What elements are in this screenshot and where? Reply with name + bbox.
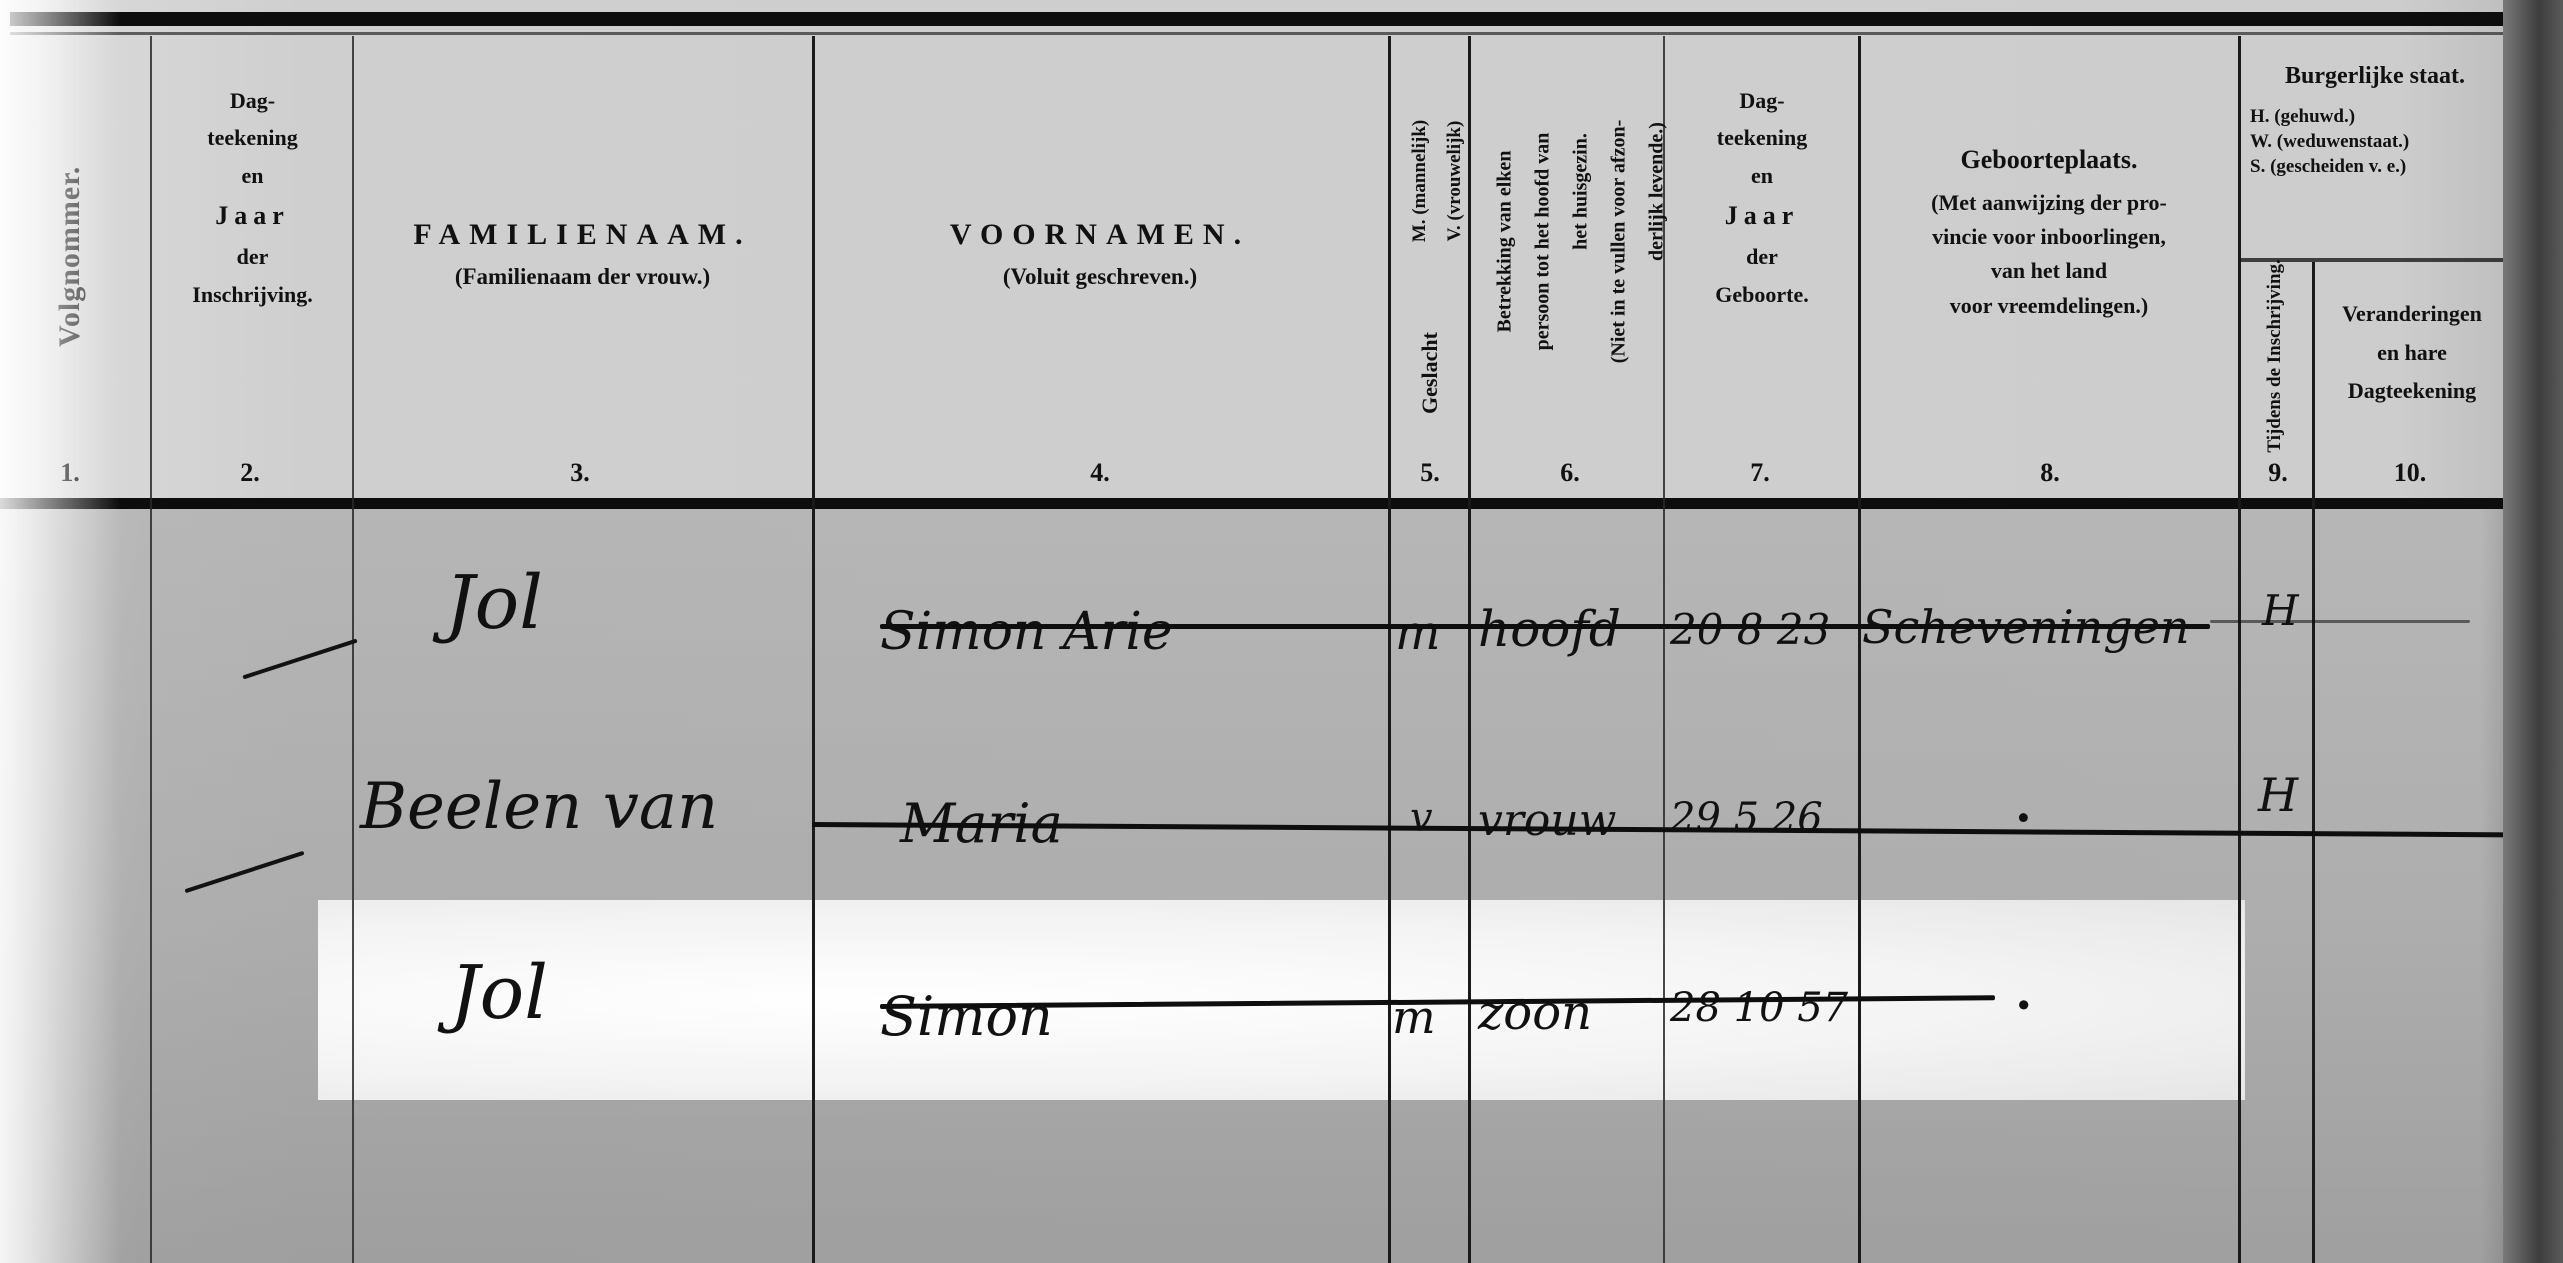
col-divider-2	[352, 36, 354, 1263]
burgerlijke-staat-title: Burgerlijke staat.	[2242, 58, 2508, 95]
col-divider-7	[1858, 36, 1861, 1263]
col4-header: VOORNAMEN. (Voluit geschreven.)	[815, 212, 1385, 294]
row-2-geboorteplaats: ·	[2015, 790, 2032, 846]
left-vignette	[0, 0, 120, 1263]
row-3-familienaam: Jol	[450, 950, 548, 1036]
top-rule	[10, 12, 2510, 26]
col3-header: FAMILIENAAM. (Familienaam der vrouw.)	[355, 212, 810, 294]
row-3-betrekking: zoon	[1478, 985, 1592, 1041]
col7-line: Dag-	[1668, 82, 1856, 119]
col2-line: Inschrijving.	[155, 276, 350, 313]
col3-subtitle: (Familienaam der vrouw.)	[355, 259, 810, 295]
col10-number: 10.	[2370, 458, 2450, 488]
col7-line: der	[1668, 238, 1856, 275]
col6-number: 6.	[1530, 458, 1610, 488]
row-1-strikethrough-faint	[2210, 620, 2470, 623]
header-bottom-rule	[0, 498, 2510, 509]
col3-title: FAMILIENAAM.	[355, 212, 810, 259]
col8-number: 8.	[2000, 458, 2100, 488]
col6-line-3: het huisgezin.	[1570, 27, 1593, 357]
col-divider-9	[2312, 262, 2315, 1263]
top-rule-thin	[10, 32, 2510, 35]
col8-line: van het land	[1862, 254, 2236, 288]
col2-line: Dag-	[155, 82, 350, 119]
row-3-voornamen: Simon	[880, 985, 1053, 1048]
row-1-burgerlijke-staat: H	[2262, 586, 2299, 635]
col6-line-5: derlijk levende.)	[1646, 27, 1669, 357]
col4-subtitle: (Voluit geschreven.)	[815, 259, 1385, 295]
col10-line: Veranderingen	[2316, 295, 2508, 334]
row-3-geboorteplaats: ·	[2015, 975, 2032, 1034]
col5-number: 5.	[1400, 458, 1460, 488]
row-2-geslacht: v	[1410, 795, 1433, 841]
col3-number: 3.	[530, 458, 630, 488]
row-3-geboortedatum: 28 10 57	[1670, 985, 1848, 1031]
col9-number: 9.	[2248, 458, 2308, 488]
row-2-geboortedatum: 29 5 26	[1670, 795, 1823, 841]
col7-header: Dag- teekening en Jaar der Geboorte.	[1668, 82, 1856, 313]
page-binding-edge	[2503, 0, 2563, 1263]
row-2-familienaam: Beelen van	[360, 770, 718, 844]
row-1-geslacht: m	[1395, 605, 1441, 661]
col7-number: 7.	[1720, 458, 1800, 488]
register-page: Volgnommer. 1. Dag- teekening en Jaar de…	[0, 0, 2563, 1263]
col5-geslacht: Geslacht	[1417, 308, 1443, 438]
col2-line: en	[155, 157, 350, 194]
col8-header: Geboorteplaats. (Met aanwijzing der pro-…	[1862, 140, 2236, 323]
col8-line: voor vreemdelingen.)	[1862, 289, 2236, 323]
col-divider-1	[150, 36, 152, 1263]
row-2-betrekking: vrouw	[1478, 795, 1616, 846]
col-divider-5	[1468, 36, 1471, 1263]
row-2-burgerlijke-staat: H	[2258, 768, 2298, 822]
col8-title: Geboorteplaats.	[1862, 140, 2236, 180]
col2-line: Jaar	[155, 194, 350, 238]
legend-h: H. (gehuwd.)	[2250, 105, 2508, 130]
col10-line: Dagteekening	[2316, 372, 2508, 411]
col-divider-8	[2238, 36, 2241, 1263]
col10-line: en hare	[2316, 334, 2508, 373]
row-3-geslacht: m	[1392, 990, 1436, 1044]
col6-line-4: (Niet in te vullen voor afzon-	[1608, 77, 1631, 407]
col2-header: Dag- teekening en Jaar der Inschrijving.	[155, 82, 350, 313]
col7-line: Geboorte.	[1668, 276, 1856, 313]
col9-label: Tijdens de Inschrijving.	[2264, 246, 2286, 466]
col6-line-2: persoon tot het hoofd van	[1532, 77, 1555, 407]
row-1-familienaam: Jol	[445, 560, 543, 646]
burgerlijke-staat-header: Burgerlijke staat. H. (gehuwd.) W. (wedu…	[2242, 58, 2508, 179]
col8-line: vincie voor inboorlingen,	[1862, 220, 2236, 254]
row-1-strikethrough	[880, 624, 2210, 629]
col5-m-option: M. (mannelijk)	[1409, 66, 1431, 296]
col8-line: (Met aanwijzing der pro-	[1862, 186, 2236, 220]
col4-number: 4.	[1050, 458, 1150, 488]
col2-line: teekening	[155, 119, 350, 156]
col2-line: der	[155, 238, 350, 275]
col7-line: teekening	[1668, 119, 1856, 156]
col6-line-1: Betrekking van elken	[1494, 77, 1517, 407]
legend-s: S. (gescheiden v. e.)	[2250, 155, 2508, 180]
col-divider-4	[1388, 36, 1391, 1263]
col2-number: 2.	[200, 458, 300, 488]
col7-line: Jaar	[1668, 194, 1856, 238]
col10-header: Veranderingen en hare Dagteekening	[2316, 295, 2508, 411]
row-1-voornamen: Simon Arie	[880, 602, 1173, 662]
legend-w: W. (weduwenstaat.)	[2250, 130, 2508, 155]
col5-v-option: V. (vrouwelijk)	[1444, 66, 1466, 296]
row-1-geboortedatum: 20 8 23	[1670, 605, 1830, 654]
col7-line: en	[1668, 157, 1856, 194]
col4-title: VOORNAMEN.	[815, 212, 1385, 259]
row-1-betrekking: hoofd	[1478, 600, 1621, 658]
